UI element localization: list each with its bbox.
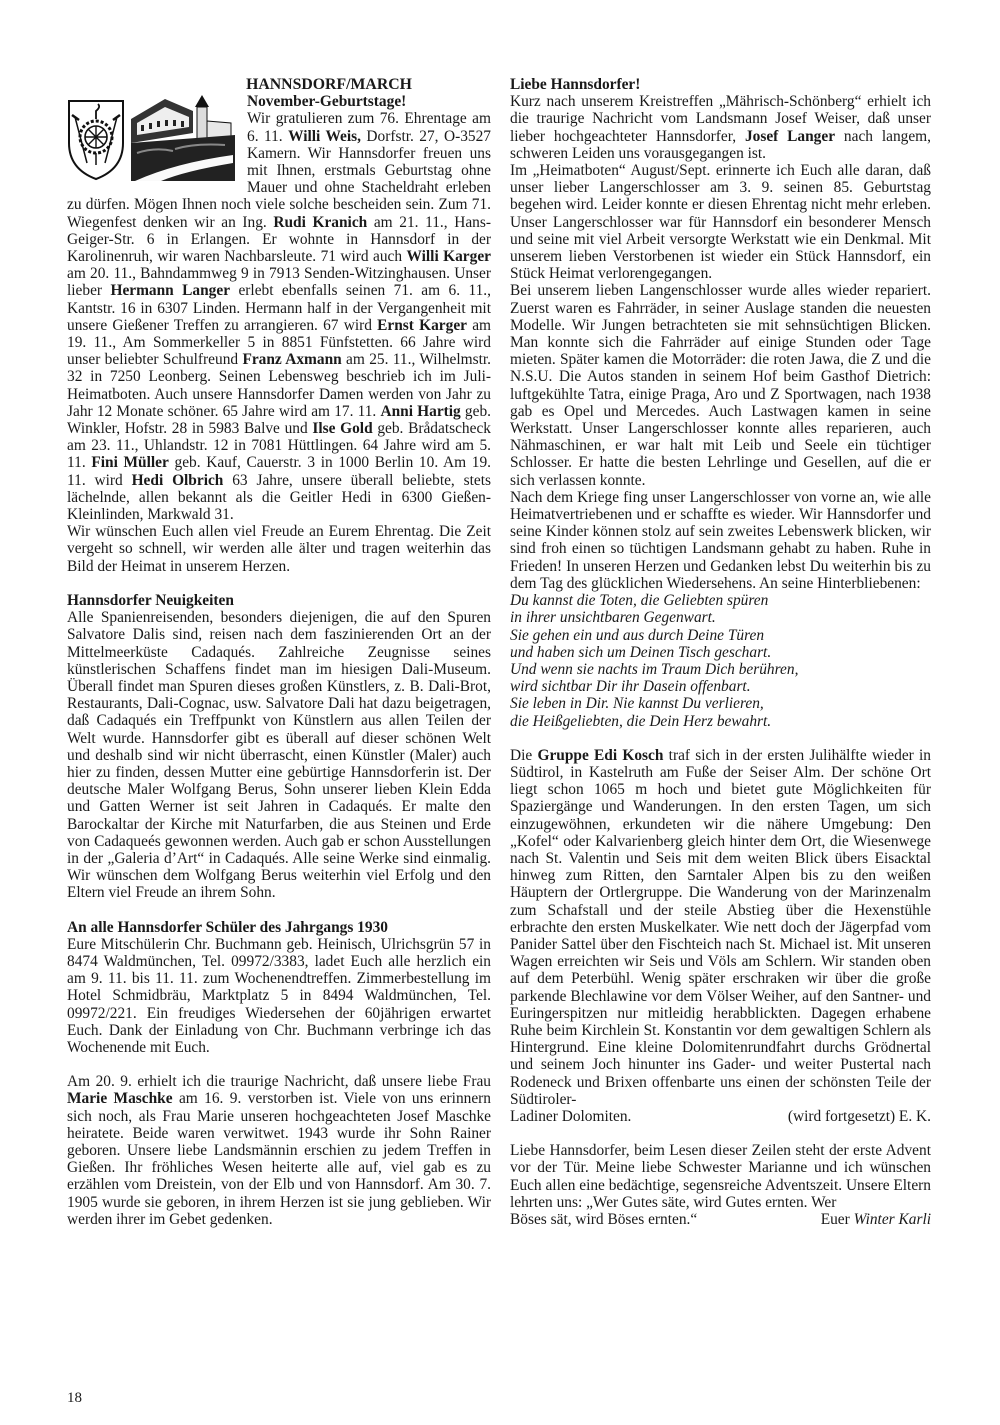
person-name: Hedi Olbrich [132,472,224,489]
poem-line: wird sichtbar Dir ihr Dasein offenbart. [510,678,931,695]
obituary-maschke-section: Am 20. 9. erhielt ich die traurige Nachr… [67,1073,491,1228]
travel-report-text: Die Gruppe Edi Kosch traf sich in der er… [510,747,931,1108]
birthdays-section: November-Geburtstage! Wir gratulieren zu… [67,93,491,575]
obituary-langer-section: Liebe Hannsdorfer! Kurz nach unserem Kre… [510,76,931,730]
page-number: 18 [67,1390,82,1407]
poem-line: Sie gehen ein und aus durch Deine Türen [510,627,931,644]
travel-report-section: Die Gruppe Edi Kosch traf sich in der er… [510,747,931,1125]
news-text: Alle Spanienreisenden, besonders diejeni… [67,609,491,901]
memorial-poem: Du kannst die Toten, die Geliebten spüre… [510,592,931,730]
poem-line: und haben sich um Deinen Tisch geschart. [510,644,931,661]
poem-line: die Heißgeliebten, die Dein Herz bewahrt… [510,713,931,730]
person-name: Anni Hartig [380,403,460,420]
poem-line: Und wenn sie nachts im Traum Dich berühr… [510,661,931,678]
obituary-maschke-text: Am 20. 9. erhielt ich die traurige Nachr… [67,1073,491,1228]
poem-line: Sie leben in Dir. Nie kannst Du verliere… [510,695,931,712]
advent-greeting-signature: Euer Winter Karli [821,1211,931,1228]
person-name: Ilse Gold [312,420,372,437]
obituary-langer-p3: Bei unserem lieben Langenschlosser wurde… [510,282,931,488]
news-section: Hannsdorfer Neuigkeiten Alle Spanienreis… [67,592,491,902]
left-column: HANNSDORF/MARCH [67,76,491,1228]
news-heading: Hannsdorfer Neuigkeiten [67,592,491,609]
travel-report-signoff: (wird fortgesetzt) E. K. [788,1108,931,1125]
school-reunion-section: An alle Hannsdorfer Schüler des Jahrgang… [67,919,491,1057]
header-emblem [65,93,237,181]
person-name: Hermann Langer [110,282,230,299]
person-name: Marie Maschke [67,1090,173,1107]
person-name: Willi Karger [407,248,492,265]
masthead-title: HANNSDORF/MARCH [67,76,491,93]
person-name: Willi Weis, [288,128,361,145]
advent-greeting-section: Liebe Hannsdorfer, beim Lesen dieser Zei… [510,1142,931,1228]
coat-of-arms-icon [69,101,123,179]
person-name: Rudi Kranich [273,214,367,231]
right-column: Liebe Hannsdorfer! Kurz nach unserem Kre… [510,76,931,1228]
obituary-langer-p2: Im „Heimatboten“ August/Sept. erinnerte … [510,162,931,282]
village-church-illustration [131,95,235,181]
person-name: Franz Axmann [242,351,341,368]
advent-greeting-signoff-line: Böses sät, wird Böses ernten.“ Euer Wint… [510,1211,931,1228]
obituary-langer-p4: Nach dem Kriege fing unser Langerschloss… [510,489,931,592]
advent-greeting-text: Liebe Hannsdorfer, beim Lesen dieser Zei… [510,1142,931,1211]
travel-report-signoff-line: Ladiner Dolomiten. (wird fortgesetzt) E.… [510,1108,931,1125]
obituary-langer-heading: Liebe Hannsdorfer! [510,76,931,93]
person-name: Josef Langer [745,128,835,145]
group-name: Gruppe Edi Kosch [537,747,663,764]
birthdays-closing: Wir wünschen Euch allen viel Freude an E… [67,523,491,575]
obituary-langer-p1: Kurz nach unserem Kreistreffen „Mährisch… [510,93,931,162]
poem-line: in ihrer unsichtbaren Gegenwart. [510,609,931,626]
school-reunion-heading: An alle Hannsdorfer Schüler des Jahrgang… [67,919,491,936]
school-reunion-text: Eure Mitschülerin Chr. Buchmann geb. Hei… [67,936,491,1056]
poem-line: Du kannst die Toten, die Geliebten spüre… [510,592,931,609]
person-name: Ernst Karger [377,317,467,334]
person-name: Fini Müller [91,454,168,471]
